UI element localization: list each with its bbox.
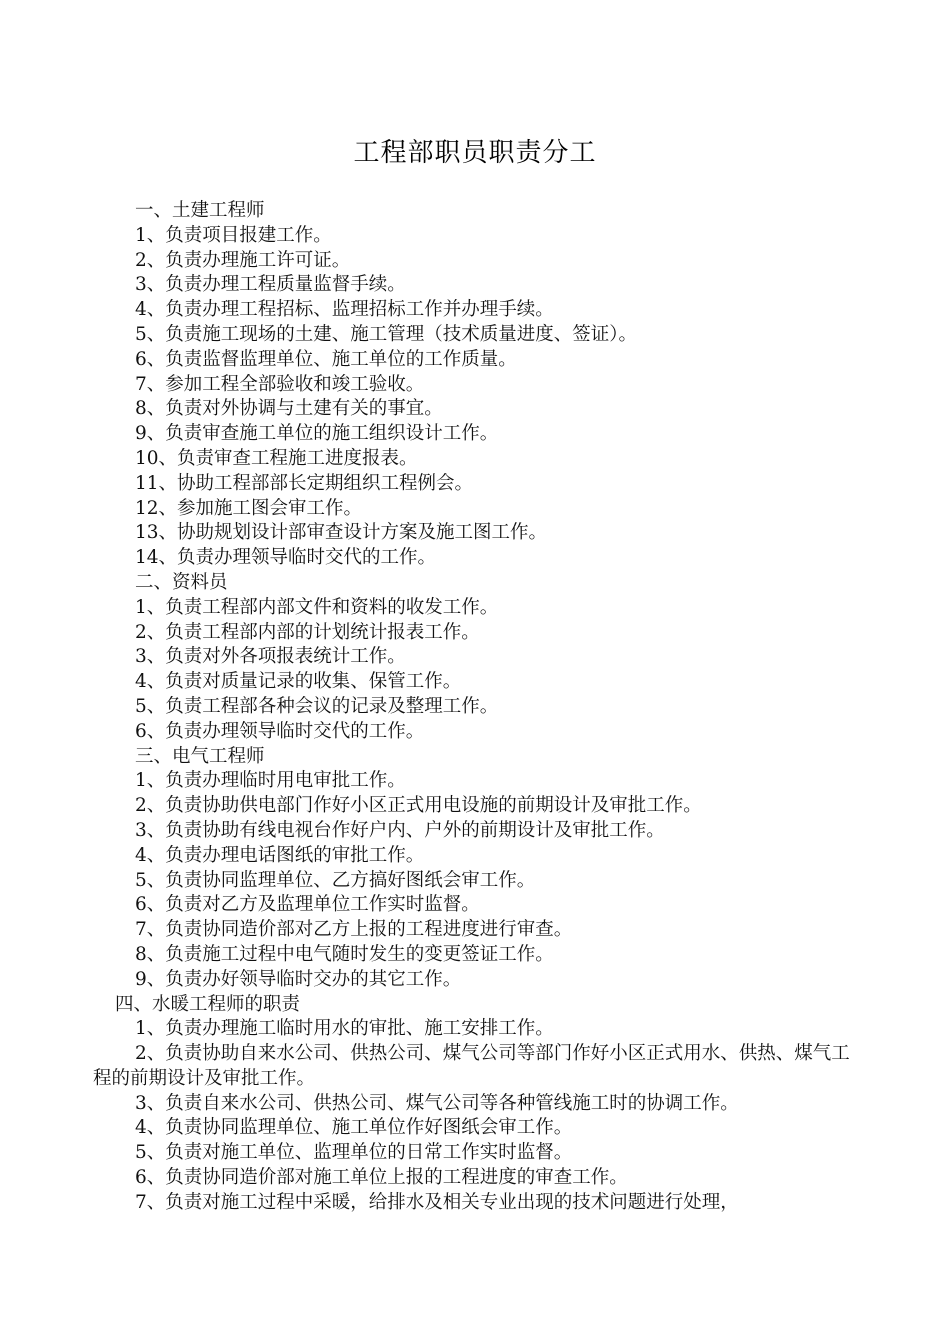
- list-item: 3、负责对外各项报表统计工作。: [93, 645, 868, 670]
- list-item: 12、参加施工图会审工作。: [93, 497, 868, 522]
- list-item: 5、负责协同监理单位、乙方搞好图纸会审工作。: [93, 869, 868, 894]
- list-item: 6、负责办理领导临时交代的工作。: [93, 720, 868, 745]
- list-item: 3、负责办理工程质量监督手续。: [93, 273, 868, 298]
- section-heading-civil-engineer: 一、土建工程师: [93, 199, 868, 224]
- list-item: 4、负责协同监理单位、施工单位作好图纸会审工作。: [93, 1116, 868, 1141]
- list-item: 6、负责监督监理单位、施工单位的工作质量。: [93, 348, 868, 373]
- list-item: 1、负责工程部内部文件和资料的收发工作。: [93, 596, 868, 621]
- list-item: 3、负责自来水公司、供热公司、煤气公司等各种管线施工时的协调工作。: [93, 1092, 868, 1117]
- list-item: 11、协助工程部部长定期组织工程例会。: [93, 472, 868, 497]
- list-item: 10、负责审查工程施工进度报表。: [93, 447, 868, 472]
- list-item: 2、负责工程部内部的计划统计报表工作。: [93, 621, 868, 646]
- list-item: 2、负责协助自来水公司、供热公司、煤气公司等部门作好小区正式用水、供热、煤气工程…: [93, 1042, 868, 1092]
- list-item: 2、负责协助供电部门作好小区正式用电设施的前期设计及审批工作。: [93, 794, 868, 819]
- list-item: 6、负责对乙方及监理单位工作实时监督。: [93, 893, 868, 918]
- list-item: 4、负责办理工程招标、监理招标工作并办理手续。: [93, 298, 868, 323]
- section-heading-document-clerk: 二、资料员: [93, 571, 868, 596]
- list-item: 14、负责办理领导临时交代的工作。: [93, 546, 868, 571]
- document-title: 工程部职员职责分工: [0, 132, 950, 169]
- document-page: 工程部职员职责分工 一、土建工程师 1、负责项目报建工作。 2、负责办理施工许可…: [0, 0, 950, 1344]
- list-item: 7、负责协同造价部对乙方上报的工程进度进行审查。: [93, 918, 868, 943]
- list-item: 13、协助规划设计部审查设计方案及施工图工作。: [93, 521, 868, 546]
- list-item: 1、负责办理临时用电审批工作。: [93, 769, 868, 794]
- list-item: 6、负责协同造价部对施工单位上报的工程进度的审查工作。: [93, 1166, 868, 1191]
- list-item: 9、负责办好领导临时交办的其它工作。: [93, 968, 868, 993]
- list-item: 3、负责协助有线电视台作好户内、户外的前期设计及审批工作。: [93, 819, 868, 844]
- document-body: 一、土建工程师 1、负责项目报建工作。 2、负责办理施工许可证。 3、负责办理工…: [93, 199, 868, 1216]
- list-item: 7、参加工程全部验收和竣工验收。: [93, 373, 868, 398]
- list-item: 9、负责审查施工单位的施工组织设计工作。: [93, 422, 868, 447]
- section-heading-electrical-engineer: 三、电气工程师: [93, 745, 868, 770]
- list-item: 5、负责施工现场的土建、施工管理（技术质量进度、签证）。: [93, 323, 868, 348]
- list-item: 4、负责对质量记录的收集、保管工作。: [93, 670, 868, 695]
- list-item: 8、负责施工过程中电气随时发生的变更签证工作。: [93, 943, 868, 968]
- list-item: 7、负责对施工过程中采暖，给排水及相关专业出现的技术问题进行处理，: [93, 1191, 868, 1216]
- section-heading-plumbing-hvac-engineer: 四、水暖工程师的职责: [93, 993, 868, 1018]
- list-item: 8、负责对外协调与土建有关的事宜。: [93, 397, 868, 422]
- list-item: 5、负责工程部各种会议的记录及整理工作。: [93, 695, 868, 720]
- list-item: 5、负责对施工单位、监理单位的日常工作实时监督。: [93, 1141, 868, 1166]
- list-item: 4、负责办理电话图纸的审批工作。: [93, 844, 868, 869]
- list-item: 1、负责办理施工临时用水的审批、施工安排工作。: [93, 1017, 868, 1042]
- list-item: 2、负责办理施工许可证。: [93, 249, 868, 274]
- list-item: 1、负责项目报建工作。: [93, 224, 868, 249]
